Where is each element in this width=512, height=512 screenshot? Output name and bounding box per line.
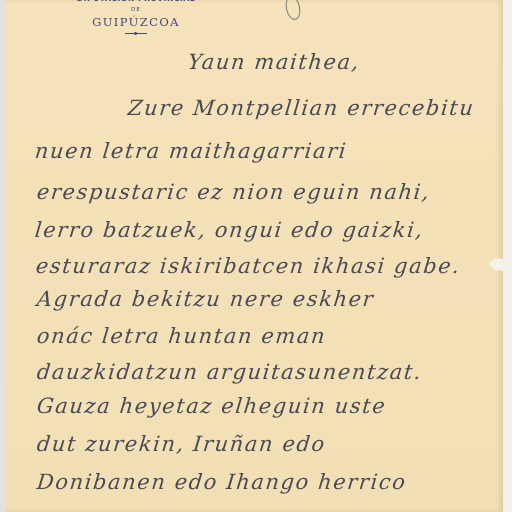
letter-line: Donibanen edo Ihango herrico <box>36 470 408 494</box>
letter-line: lerro batzuek, ongui edo gaizki, <box>34 218 425 242</box>
letter-line: Zure Montpellian errecebitu <box>127 96 476 120</box>
letterhead: DIPUTACION PROVINCIAL DE GUIPÚZCOA <box>67 0 205 34</box>
letter-line: dut zurekin, Iruñan edo <box>36 432 327 456</box>
letter-line: erespustaric ez nion eguin nahi, <box>36 180 432 204</box>
letter-line: esturaraz iskiribatcen ikhasi gabe. <box>35 254 462 278</box>
letter-line: dauzkidatzun arguitasunentzat. <box>36 360 424 384</box>
letter-line: Agrada bekitzu nere eskher <box>36 287 376 311</box>
letter-line: onác letra huntan eman <box>36 324 328 348</box>
scan-right-border <box>503 0 512 512</box>
letter-page: DIPUTACION PROVINCIAL DE GUIPÚZCOA Yaun … <box>5 0 503 512</box>
pencil-mark <box>284 0 303 21</box>
letter-line: Gauza heyetaz elheguin uste <box>36 394 388 418</box>
letter-line: nuen letra maithagarriari <box>34 139 349 163</box>
letterhead-organization: DIPUTACION PROVINCIAL <box>67 0 205 4</box>
salutation: Yaun maithea, <box>187 50 362 74</box>
letterhead-province: GUIPÚZCOA <box>67 15 205 29</box>
letterhead-connector: DE <box>67 5 205 15</box>
letterhead-ornament <box>125 33 147 34</box>
